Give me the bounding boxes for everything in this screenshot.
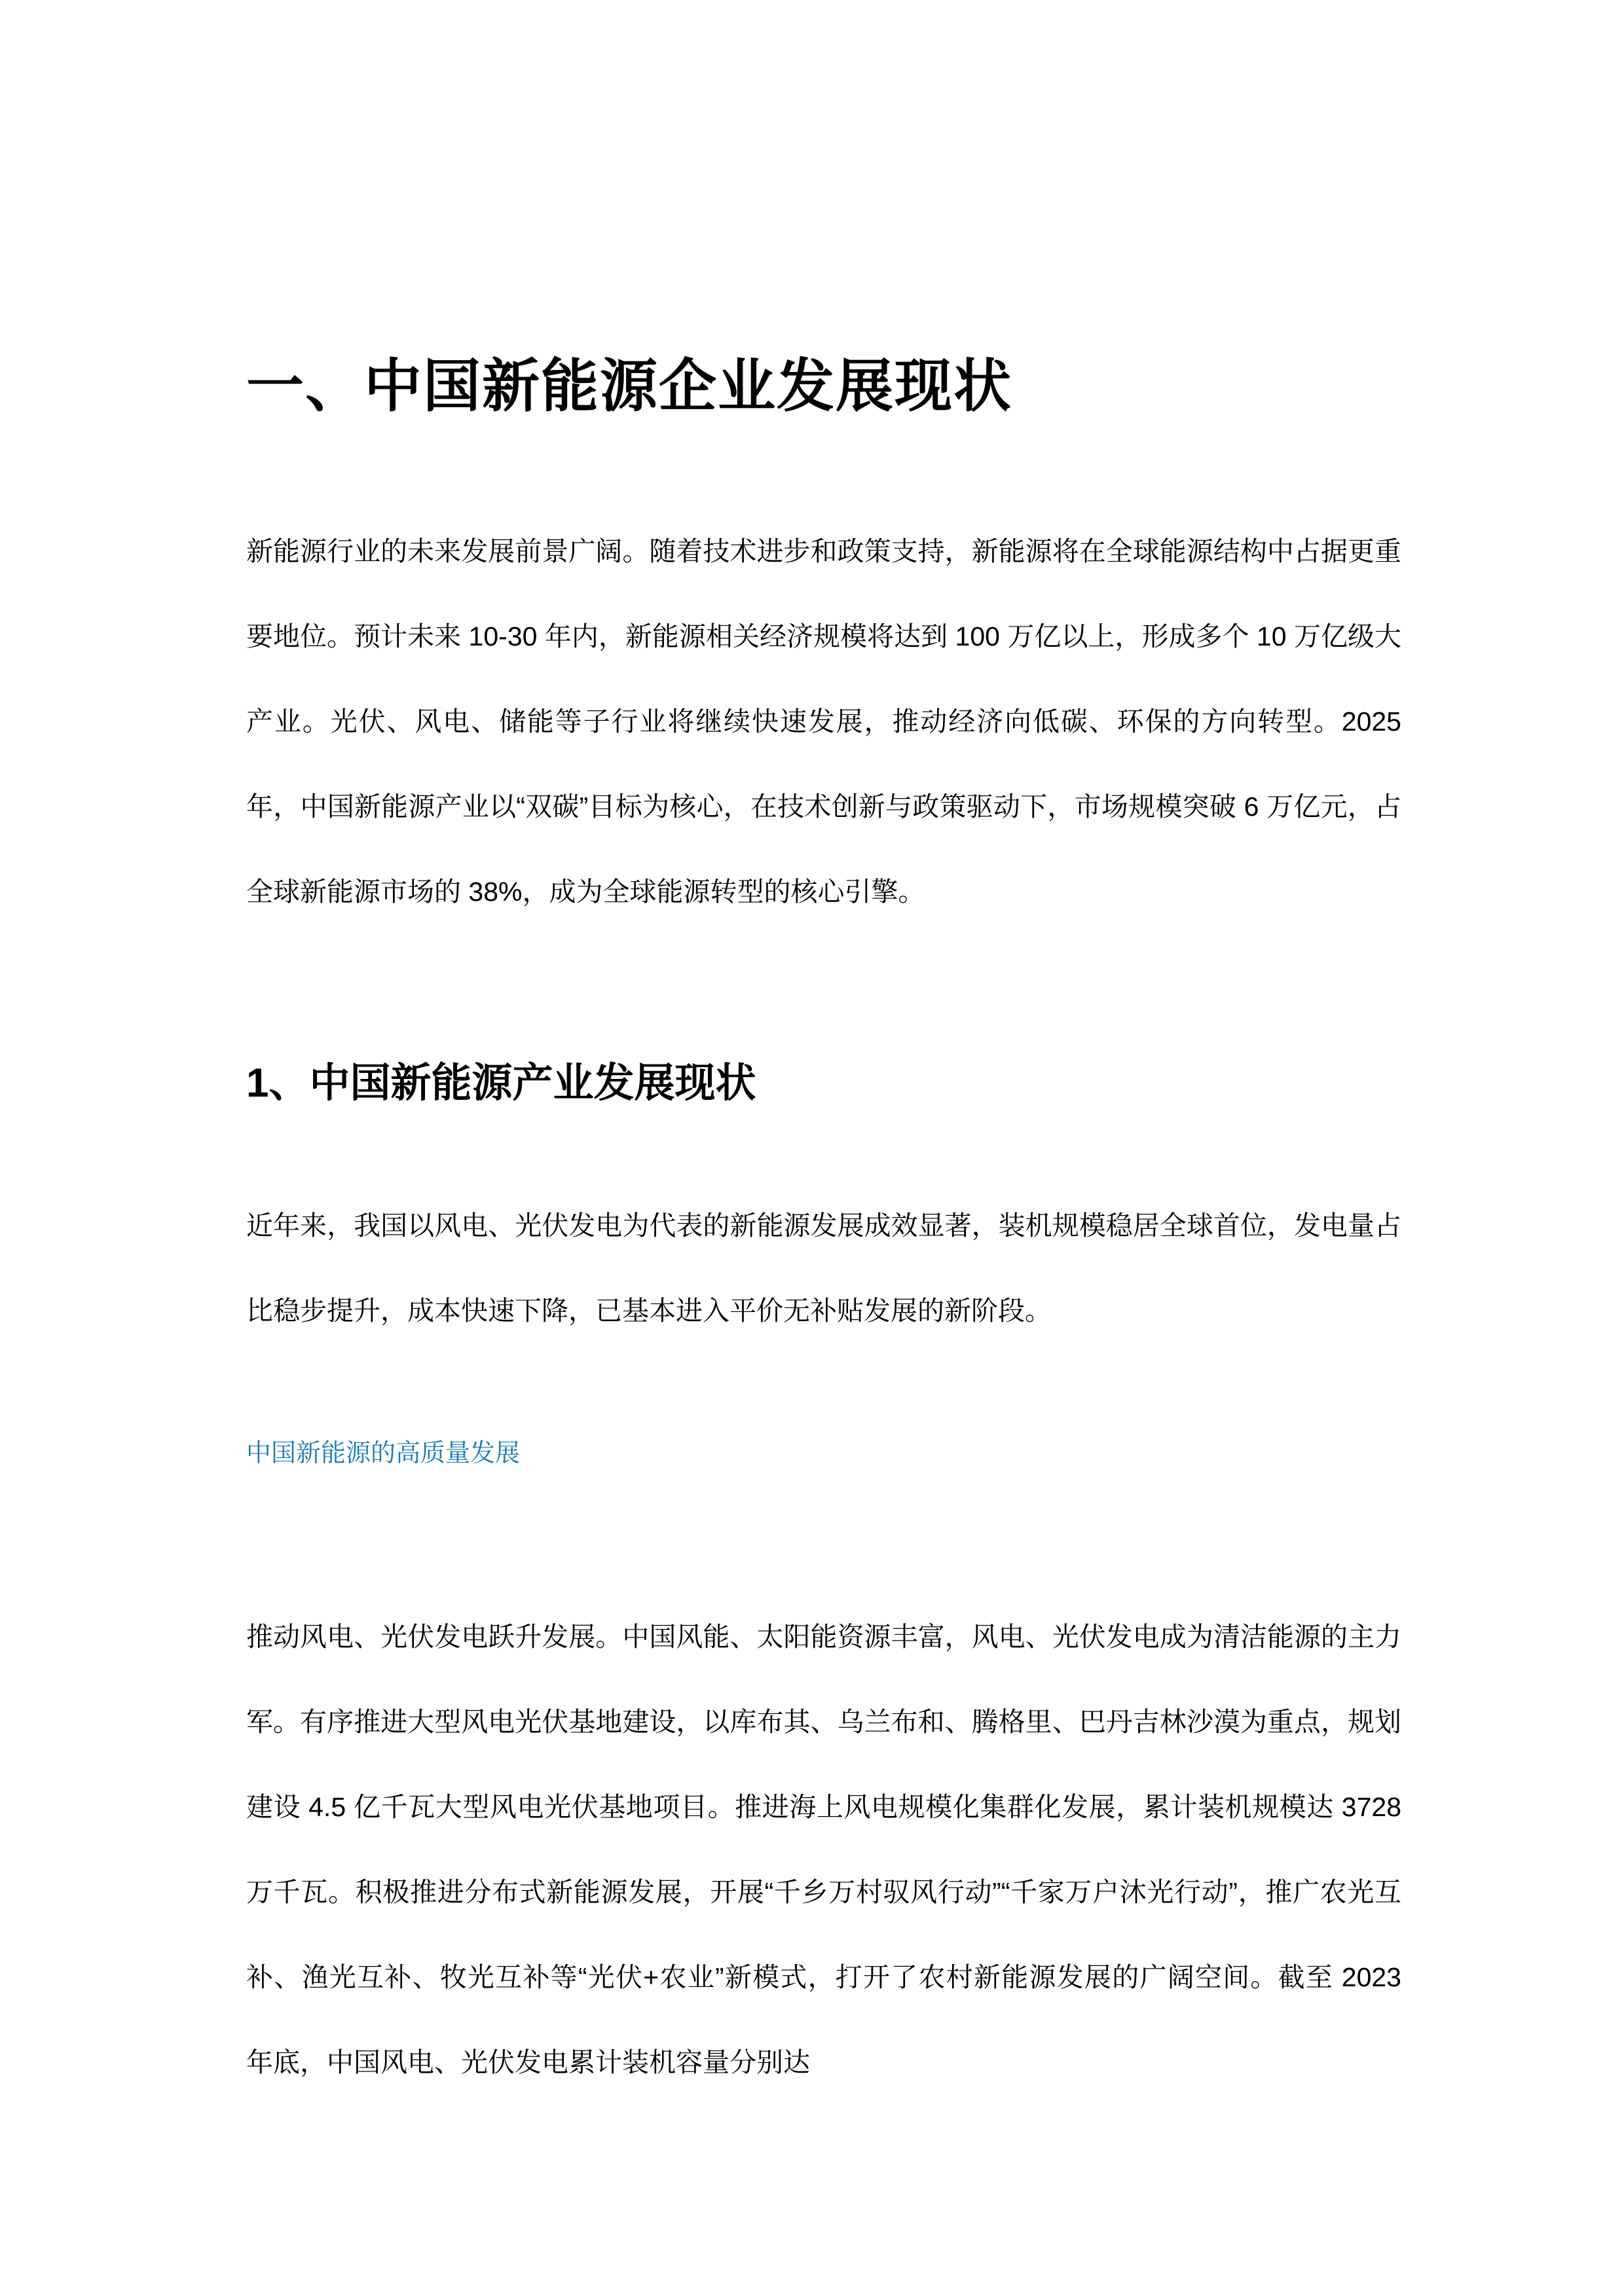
intro-paragraph: 新能源行业的未来发展前景广阔。随着技术进步和政策支持，新能源将在全球能源结构中占… [246,509,1401,934]
document-page: 一、中国新能源企业发展现状 新能源行业的未来发展前景广阔。随着技术进步和政策支持… [0,0,1624,2296]
article-link[interactable]: 中国新能源的高质量发展 [246,1440,520,1467]
section-heading: 一、中国新能源企业发展现状 [246,0,1401,422]
overview-paragraph: 近年来，我国以风电、光伏发电为代表的新能源发展成效显著，装机规模稳居全球首位，发… [246,1183,1401,1353]
detail-paragraph: 推动风电、光伏发电跃升发展。中国风能、太阳能资源丰富，风电、光伏发电成为清洁能源… [246,1594,1401,2105]
subsection-heading: 1、中国新能源产业发展现状 [246,1057,1401,1110]
link-paragraph: 中国新能源的高质量发展 [246,1424,1401,1483]
